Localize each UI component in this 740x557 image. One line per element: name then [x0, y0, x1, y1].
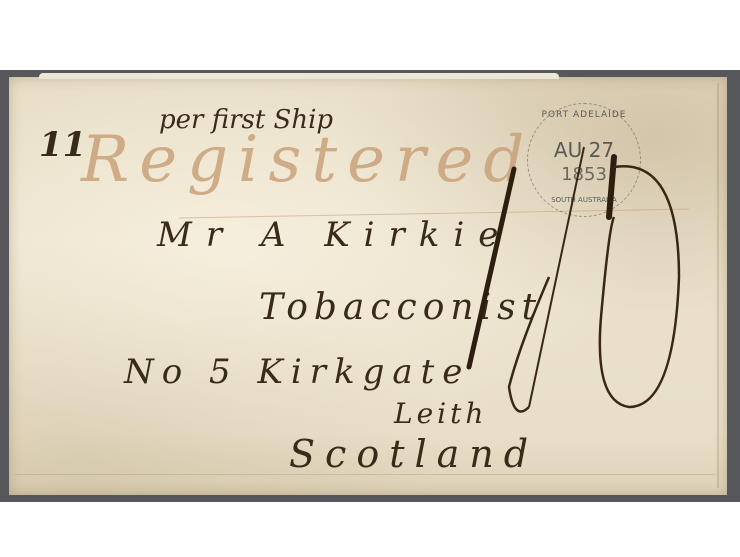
postal-cover: Registered 11 per first Ship PORT ADELAI…: [9, 77, 727, 495]
rate-mark: [9, 77, 727, 495]
